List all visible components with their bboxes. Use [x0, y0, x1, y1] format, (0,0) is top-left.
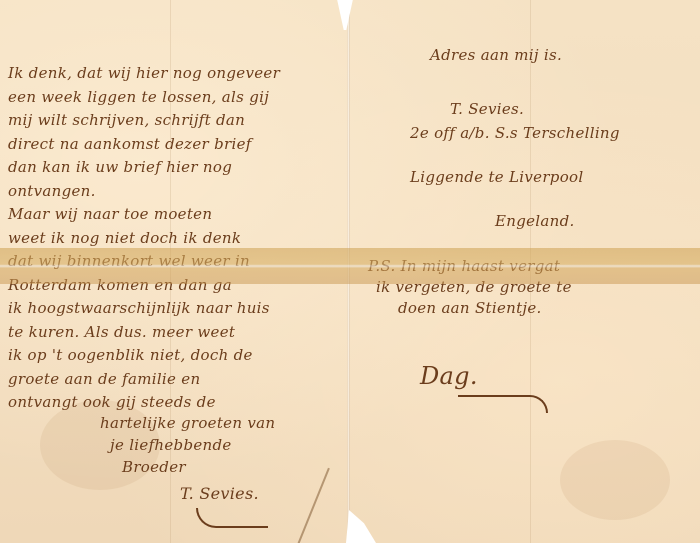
postscript-line: doen aan Stientje.: [368, 297, 572, 318]
body-line: mij wilt schrijven, schrijft dan: [8, 109, 280, 133]
address-line: 2e off a/b. S.s Terschelling: [410, 122, 620, 146]
paper-tear-top: [332, 0, 358, 30]
farewell-flourish: [458, 395, 548, 413]
body-line: groete aan de familie en: [8, 368, 280, 392]
farewell: Dag.: [420, 365, 478, 388]
paper-stain: [560, 440, 670, 520]
closing-block: hartelijke groeten van je liefhebbende B…: [100, 412, 275, 478]
edge-crease: [296, 468, 330, 543]
body-line: weet ik nog niet doch ik denk: [8, 227, 280, 251]
address-intro: Adres aan mij is.: [430, 44, 562, 67]
signature: T. Sevies.: [180, 482, 259, 505]
repair-tape: [0, 248, 700, 284]
body-line: dan kan ik uw brief hier nog: [8, 156, 280, 180]
body-line: ik hoogstwaarschijnlijk naar huis: [8, 297, 280, 321]
address-line: Liggende te Liverpool: [410, 146, 620, 190]
address-line: T. Sevies.: [410, 98, 620, 122]
body-line: Ik denk, dat wij hier nog ongeveer: [8, 62, 280, 86]
body-line: ontvangt ook gij steeds de: [8, 391, 280, 415]
letter-scan: Ik denk, dat wij hier nog ongeveer een w…: [0, 0, 700, 543]
closing-line: hartelijke groeten van: [100, 412, 275, 434]
paper-tear-bottom: [346, 510, 376, 543]
body-line: ontvangen.: [8, 180, 280, 204]
address-block: T. Sevies. 2e off a/b. S.s Terschelling …: [410, 98, 620, 234]
signature-flourish: [196, 508, 268, 528]
closing-line: je liefhebbende: [100, 434, 275, 456]
closing-line: Broeder: [100, 456, 275, 478]
body-line: een week liggen te lossen, als gij: [8, 86, 280, 110]
left-page-body: Ik denk, dat wij hier nog ongeveer een w…: [8, 62, 280, 415]
body-line: te kuren. Als dus. meer weet: [8, 321, 280, 345]
address-line: Engeland.: [410, 190, 620, 234]
body-line: ik op 't oogenblik niet, doch de: [8, 344, 280, 368]
body-line: Maar wij naar toe moeten: [8, 203, 280, 227]
body-line: direct na aankomst dezer brief: [8, 133, 280, 157]
